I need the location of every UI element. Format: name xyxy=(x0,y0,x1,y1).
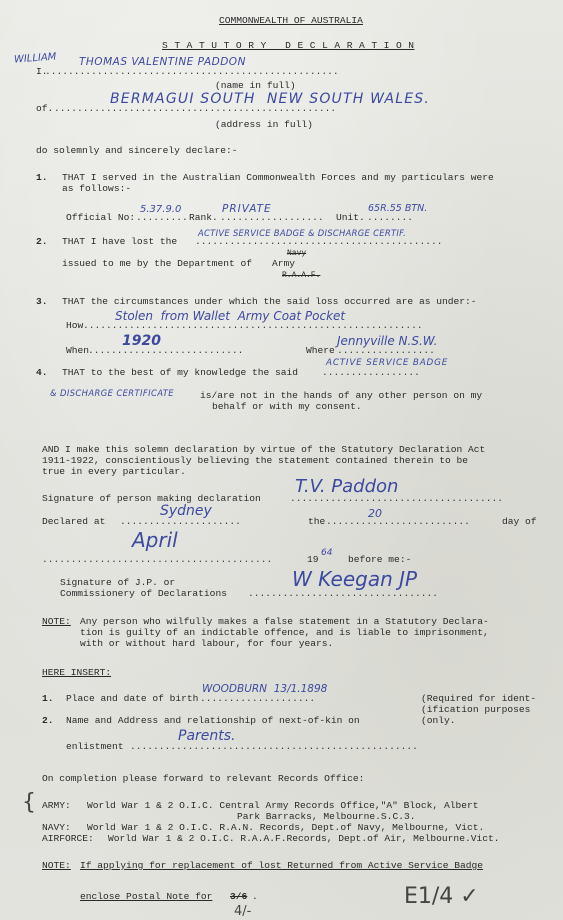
day-dots: ......................... xyxy=(326,516,470,527)
day-field[interactable]: 20 xyxy=(368,507,382,520)
jp-signature-field[interactable]: W Keegan JP xyxy=(292,567,417,591)
country-heading: COMMONWEALTH OF AUSTRALIA xyxy=(219,15,363,26)
clause1-text-2: as follows:- xyxy=(62,183,131,194)
address-caption: (address in full) xyxy=(215,119,313,130)
side-note-2: (ification purposes xyxy=(421,704,530,715)
rank-field[interactable]: PRIVATE xyxy=(222,203,272,215)
next-of-kin-field[interactable]: Parents. xyxy=(178,728,236,744)
clause3-number: 3. xyxy=(36,296,48,307)
solemn-line-1: AND I make this solemn declaration by vi… xyxy=(42,444,485,455)
note2-line-1: If applying for replacement of lost Retu… xyxy=(80,860,483,871)
year-prefix: 19 xyxy=(307,554,319,565)
unit-field[interactable]: 65R.55 BTN. xyxy=(368,203,427,214)
clause1-number: 1. xyxy=(36,172,48,183)
official-no-label: Official No: xyxy=(66,212,135,223)
next-of-kin-dots: ........................................… xyxy=(130,741,418,752)
army-text-1: World War 1 & 2 O.I.C. Central Army Reco… xyxy=(87,800,479,811)
signature-field[interactable]: T.V. Paddon xyxy=(295,476,398,497)
records-intro: On completion please forward to relevant… xyxy=(42,773,364,784)
name-field[interactable]: THOMAS VALENTINE PADDON xyxy=(79,56,246,68)
when-dots: ........................... xyxy=(88,345,243,356)
insert-heading: HERE INSERT: xyxy=(42,667,111,678)
the-label: the xyxy=(308,516,325,527)
department-army: Army xyxy=(272,258,295,269)
item-field-line1[interactable]: ACTIVE SERVICE BADGE xyxy=(326,358,448,368)
next-of-kin-label: Name and Address and relationship of nex… xyxy=(66,715,360,726)
insert-item2-number: 2. xyxy=(42,715,54,726)
solemn-line-2: 1911-1922, conscientiously believing the… xyxy=(42,455,468,466)
jp-label-1: Signature of J.P. or xyxy=(60,577,175,588)
army-text-2: Park Barracks, Melbourne.S.C.3. xyxy=(237,811,415,822)
item-field-line2[interactable]: & DISCHARGE CERTIFICATE xyxy=(50,388,174,398)
year-field[interactable]: 64 xyxy=(321,548,332,558)
clause4-text-2: is/are not in the hands of any other per… xyxy=(200,390,482,401)
department-text: issued to me by the Department of xyxy=(62,258,252,269)
rank-label: Rank. xyxy=(189,212,218,223)
month-dots: ........................................ xyxy=(42,554,272,565)
note1-line-1: Any person who wilfully makes a false st… xyxy=(80,616,489,627)
clause2-text: THAT I have lost the xyxy=(62,236,177,247)
birth-label: Place and date of birth xyxy=(66,693,198,704)
unit-label: Unit. xyxy=(336,212,365,223)
insert-item1-number: 1. xyxy=(42,693,54,704)
month-field[interactable]: April xyxy=(132,528,178,552)
jp-label-2: Commissionery of Declarations xyxy=(60,588,227,599)
navy-text: World War 1 & 2 O.I.C. R.A.N. Records, D… xyxy=(87,822,484,833)
intro-text: do solemnly and sincerely declare:- xyxy=(36,145,238,156)
note2-label: NOTE: xyxy=(42,860,71,871)
navy-label: NAVY: xyxy=(42,822,71,833)
note1-line-3: with or without hard labour, for four ye… xyxy=(80,638,333,649)
airforce-label: AIRFORCE: xyxy=(42,833,94,844)
official-no-field[interactable]: 5.37.9.0 xyxy=(140,204,181,215)
document-title: S T A T U T O R Y D E C L A R A T I O N xyxy=(162,40,414,51)
where-label: Where xyxy=(306,345,335,356)
item-dots: ................. xyxy=(322,367,420,378)
note1-label: NOTE: xyxy=(42,616,71,627)
department-raaf-struck: R.A.A.F. xyxy=(282,270,320,281)
declared-at-label: Declared at xyxy=(42,516,105,527)
birth-field[interactable]: WOODBURN 13/1.1898 xyxy=(202,683,327,695)
enlistment-label: enlistment xyxy=(66,741,124,752)
clause1-text: THAT I served in the Australian Commonwe… xyxy=(62,172,494,183)
amount-handwritten: 4/- xyxy=(234,904,251,919)
side-note-3: (only. xyxy=(421,715,456,726)
when-label: When xyxy=(66,345,89,356)
clause2-number: 2. xyxy=(36,236,48,247)
how-label: How xyxy=(66,320,83,331)
where-field[interactable]: Jennyville N.S.W. xyxy=(337,334,437,348)
name-caption: (name in full) xyxy=(215,80,296,91)
how-field[interactable]: Stolen from Wallet Army Coat Pocket xyxy=(115,309,345,323)
clause4-text-3: behalf or with my consent. xyxy=(212,401,362,412)
clause3-text: THAT the circumstances under which the s… xyxy=(62,296,477,307)
declared-at-field[interactable]: Sydney xyxy=(160,503,212,519)
note2-line-2: enclose Postal Note for xyxy=(80,891,212,902)
side-note-1: (Required for ident- xyxy=(421,693,536,704)
struck-amount: 3/6 xyxy=(230,891,247,902)
clause4-number: 4. xyxy=(36,367,48,378)
period: . xyxy=(252,891,258,902)
signature-label: Signature of person making declaration xyxy=(42,493,261,504)
day-of-label: day of xyxy=(502,516,537,527)
when-field[interactable]: 1920 xyxy=(122,333,161,349)
note1-line-2: tion is guilty of an indictable offence,… xyxy=(80,627,489,638)
solemn-line-3: true in every particular. xyxy=(42,466,186,477)
airforce-text: World War 1 & 2 O.I.C. R.A.A.F.Records, … xyxy=(108,833,500,844)
army-label: ARMY: xyxy=(42,800,71,811)
before-me-label: before me:- xyxy=(348,554,411,565)
address-field[interactable]: BERMAGUI SOUTH NEW SOUTH WALES. xyxy=(110,91,430,107)
lost-item-field[interactable]: ACTIVE SERVICE BADGE & DISCHARGE CERTIF. xyxy=(198,228,406,238)
address-prefix: of. xyxy=(36,103,53,114)
file-reference: E1/4 ✓ xyxy=(404,884,479,909)
brace-mark: { xyxy=(22,790,36,815)
clause4-text: THAT to the best of my knowledge the sai… xyxy=(62,367,298,378)
